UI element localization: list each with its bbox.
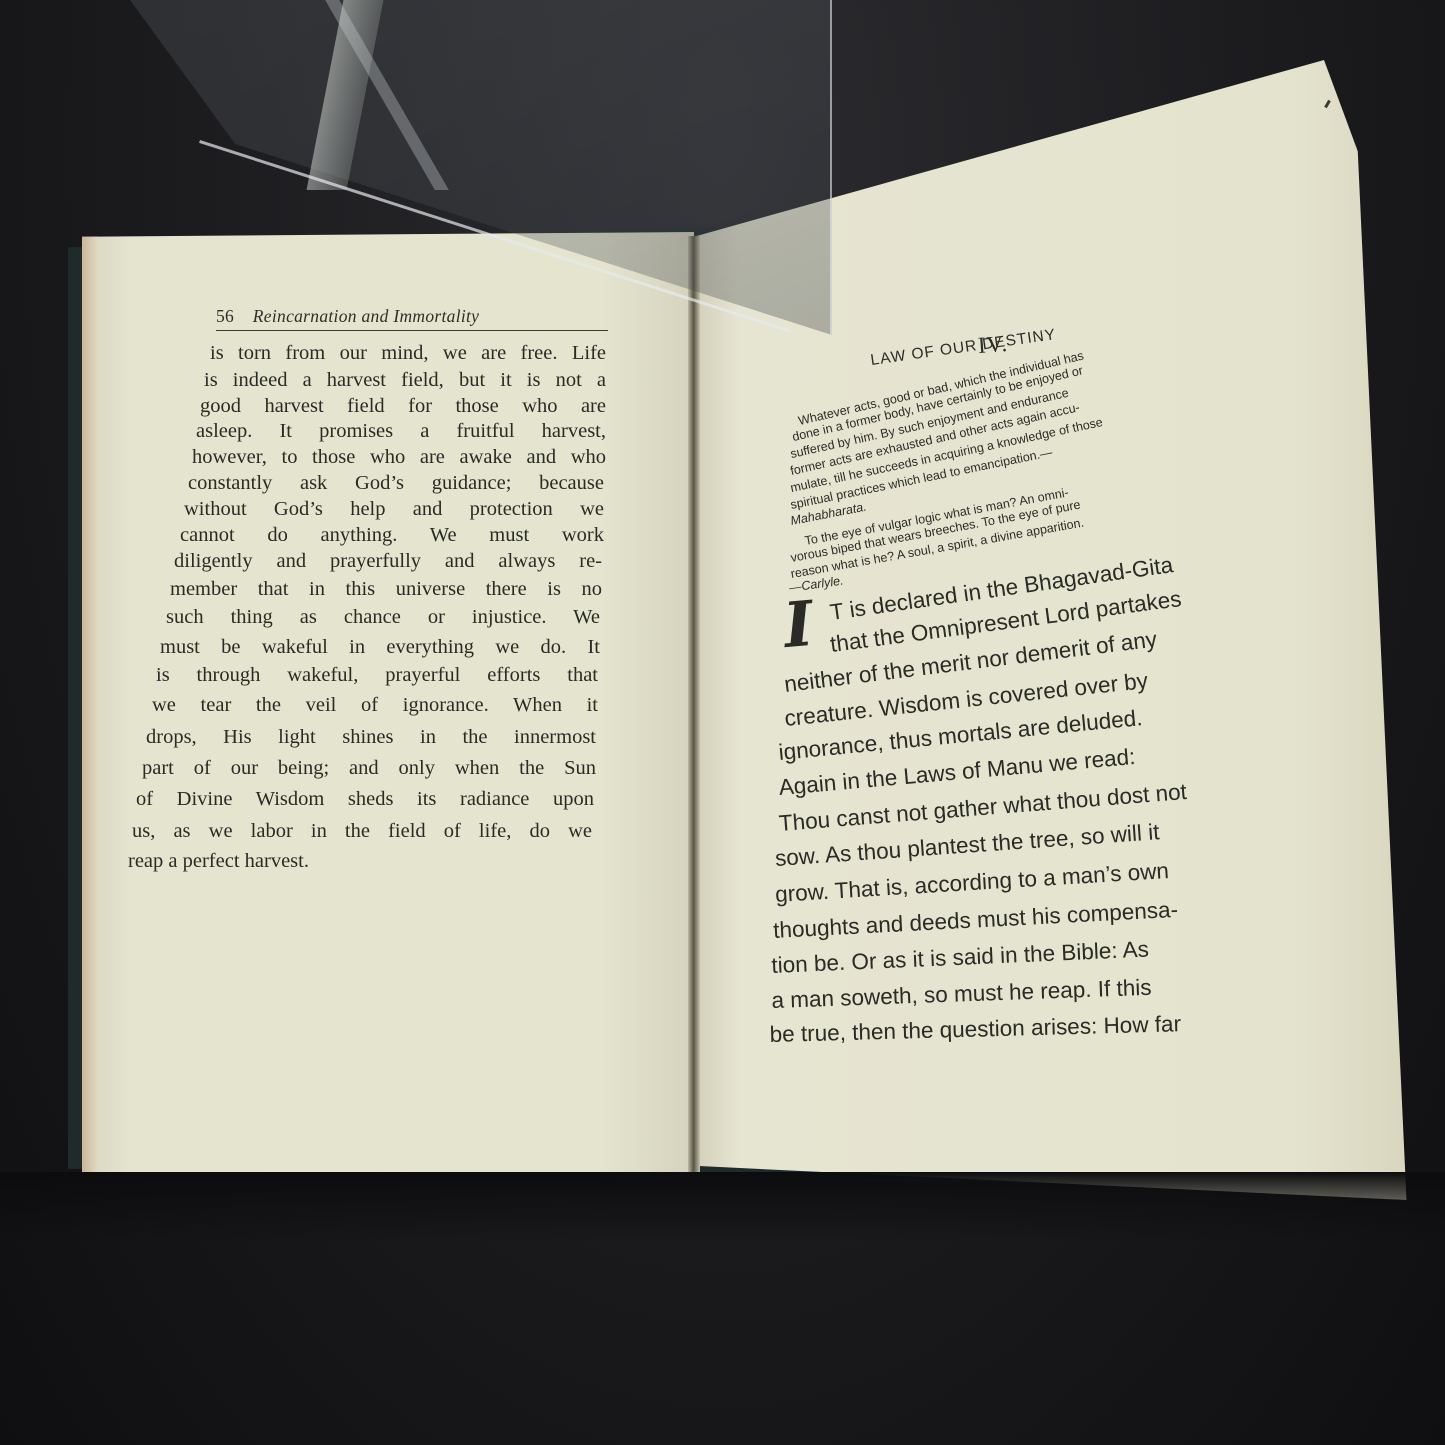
- text-line: such thing as chance or injustice. We: [166, 606, 600, 629]
- text-line: of Divine Wisdom sheds its radiance upon: [136, 788, 594, 811]
- drop-cap: I: [781, 587, 816, 662]
- running-head: 56 Reincarnation and Immortality: [216, 306, 608, 331]
- text-line: constantly ask God’s guidance; because: [188, 472, 604, 495]
- text-line: is torn from our mind, we are free. Life: [210, 342, 606, 365]
- text-line: we tear the veil of ignorance. When it: [152, 694, 598, 717]
- book-gutter: [688, 236, 700, 1172]
- text-line: drops, His light shines in the innermost: [146, 726, 596, 749]
- text-line: must be wakeful in everything we do. It: [160, 636, 600, 659]
- text-line: however, to those who are awake and who: [192, 446, 606, 469]
- text-line: diligently and prayerfully and always re…: [174, 550, 602, 573]
- page-number: 56: [216, 306, 234, 326]
- text-line: is indeed a harvest field, but it is not…: [204, 369, 606, 392]
- text-line: member that in this universe there is no: [170, 578, 602, 601]
- left-page-edge: [82, 232, 98, 1172]
- book-title: Reincarnation and Immortality: [253, 306, 479, 326]
- text-line: good harvest field for those who are: [200, 395, 606, 418]
- text-line: is through wakeful, prayerful efforts th…: [156, 664, 598, 687]
- text-line: reap a perfect harvest.: [128, 850, 309, 873]
- text-line: asleep. It promises a fruitful harvest,: [196, 420, 606, 443]
- book-shadow: [0, 1172, 1445, 1242]
- text-line: part of our being; and only when the Sun: [142, 757, 596, 780]
- text-line: without God’s help and protection we: [184, 498, 604, 521]
- text-line: cannot do anything. We must work: [180, 524, 604, 547]
- text-line: us, as we labor in the field of life, do…: [132, 820, 592, 843]
